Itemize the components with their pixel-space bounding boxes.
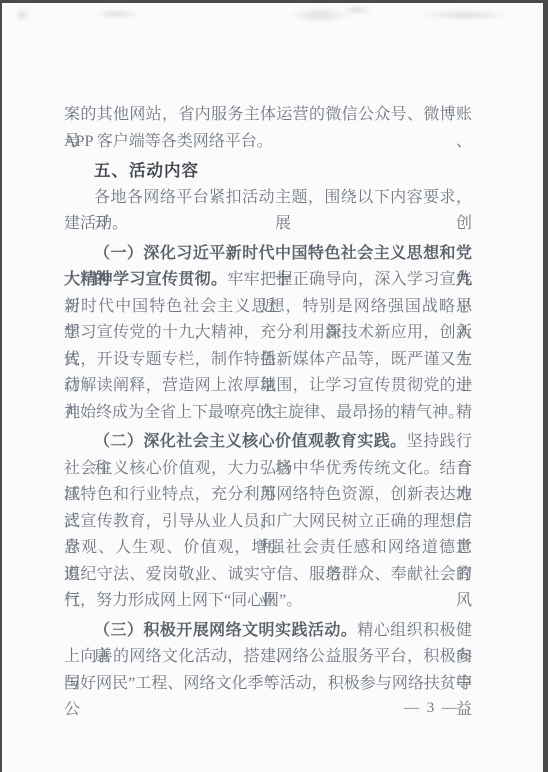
scan-artifact bbox=[420, 9, 510, 21]
text-segment-emphasis: （二）深化社会主义核心价值观教育实践。 bbox=[94, 433, 407, 450]
text-line: 各地各网络平台紧扣活动主题，围绕以下内容要求，开展创 bbox=[64, 185, 472, 212]
text-line: 五、活动内容 bbox=[64, 158, 472, 185]
text-column: 案的其他网站，省内服务主体运营的微信公众号、微博账号、APP 客户端等各类网络平… bbox=[64, 102, 472, 697]
text-line: 神始终成为全省上下最嘹亮的主旋律、最昂扬的精气神。 bbox=[64, 400, 472, 427]
text-line: （二）深化社会主义核心价值观教育实践。坚持践行和培育 bbox=[64, 429, 472, 456]
text-line: 社会主义核心价值观，大力弘扬中华优秀传统文化。结合江苏地 bbox=[64, 456, 472, 483]
text-segment-body: 建活动。 bbox=[64, 215, 128, 232]
text-line: 遵纪守法、爱岗敬业、诚实守信、服务群众、奉献社会的行业风 bbox=[64, 562, 472, 589]
text-segment-emphasis: （三）积极开展网络文明实践活动。 bbox=[94, 622, 357, 639]
text-segment-body: APP 客户端等各类网络平台。 bbox=[64, 133, 273, 150]
text-line: 国好网民”工程、网络文化季等活动，积极参与网络扶贫等公益 bbox=[64, 671, 472, 698]
text-line: 界观、人生观、价值观，增强社会责任感和网络道德意识，培育 bbox=[64, 535, 472, 562]
text-segment-body: 神始终成为全省上下最嘹亮的主旋律、最昂扬的精气神。 bbox=[64, 404, 464, 421]
text-line: 新时代中国特色社会主义思想，特别是网络强国战略思想，深入 bbox=[64, 294, 472, 321]
section-heading: 五、活动内容 bbox=[94, 162, 199, 180]
text-line: 上向善的网络文化活动，搭建网络公益服务平台，积极参与“中 bbox=[64, 644, 472, 671]
text-line: 学习宣传党的十九大精神，充分利用新技术新应用，创新传播方 bbox=[64, 320, 472, 347]
page-number: — 3 — bbox=[404, 700, 459, 717]
text-line: （一）深化习近平新时代中国特色社会主义思想和党的十九 bbox=[64, 241, 472, 268]
document-page: 案的其他网站，省内服务主体运营的微信公众号、微博账号、APP 客户端等各类网络平… bbox=[0, 0, 548, 772]
text-segment-body: 各地各网络平台紧扣活动主题，围绕以下内容要求，开展创 bbox=[94, 189, 472, 233]
scan-artifact bbox=[14, 8, 30, 22]
text-line: （三）积极开展网络文明实践活动。精心组织积极健康、向 bbox=[64, 618, 472, 645]
scan-artifact bbox=[94, 9, 140, 19]
text-line: 式，开设专题专栏，制作特色新媒体产品等，既严谨又生动地进 bbox=[64, 347, 472, 374]
text-line: 泛宣传教育，引导从业人员和广大网民树立正确的理想信念和世 bbox=[64, 509, 472, 536]
text-line: 域特色和行业特点，充分利用网络特色资源，创新表达方式，广 bbox=[64, 482, 472, 509]
scan-artifact bbox=[288, 7, 352, 23]
text-line: 案的其他网站，省内服务主体运营的微信公众号、微博账号、 bbox=[64, 102, 472, 129]
text-line: 行解读阐释，营造网上浓厚氛围，让学习宣传贯彻党的十九大精 bbox=[64, 373, 472, 400]
text-segment-body: 气，努力形成网上网下“同心圆”。 bbox=[64, 592, 302, 609]
scan-artifact bbox=[342, 5, 372, 15]
text-segment-emphasis: 大精神学习宣传贯彻。 bbox=[64, 271, 227, 288]
text-line: 大精神学习宣传贯彻。牢牢把握正确导向，深入学习宣传习近平 bbox=[64, 267, 472, 294]
